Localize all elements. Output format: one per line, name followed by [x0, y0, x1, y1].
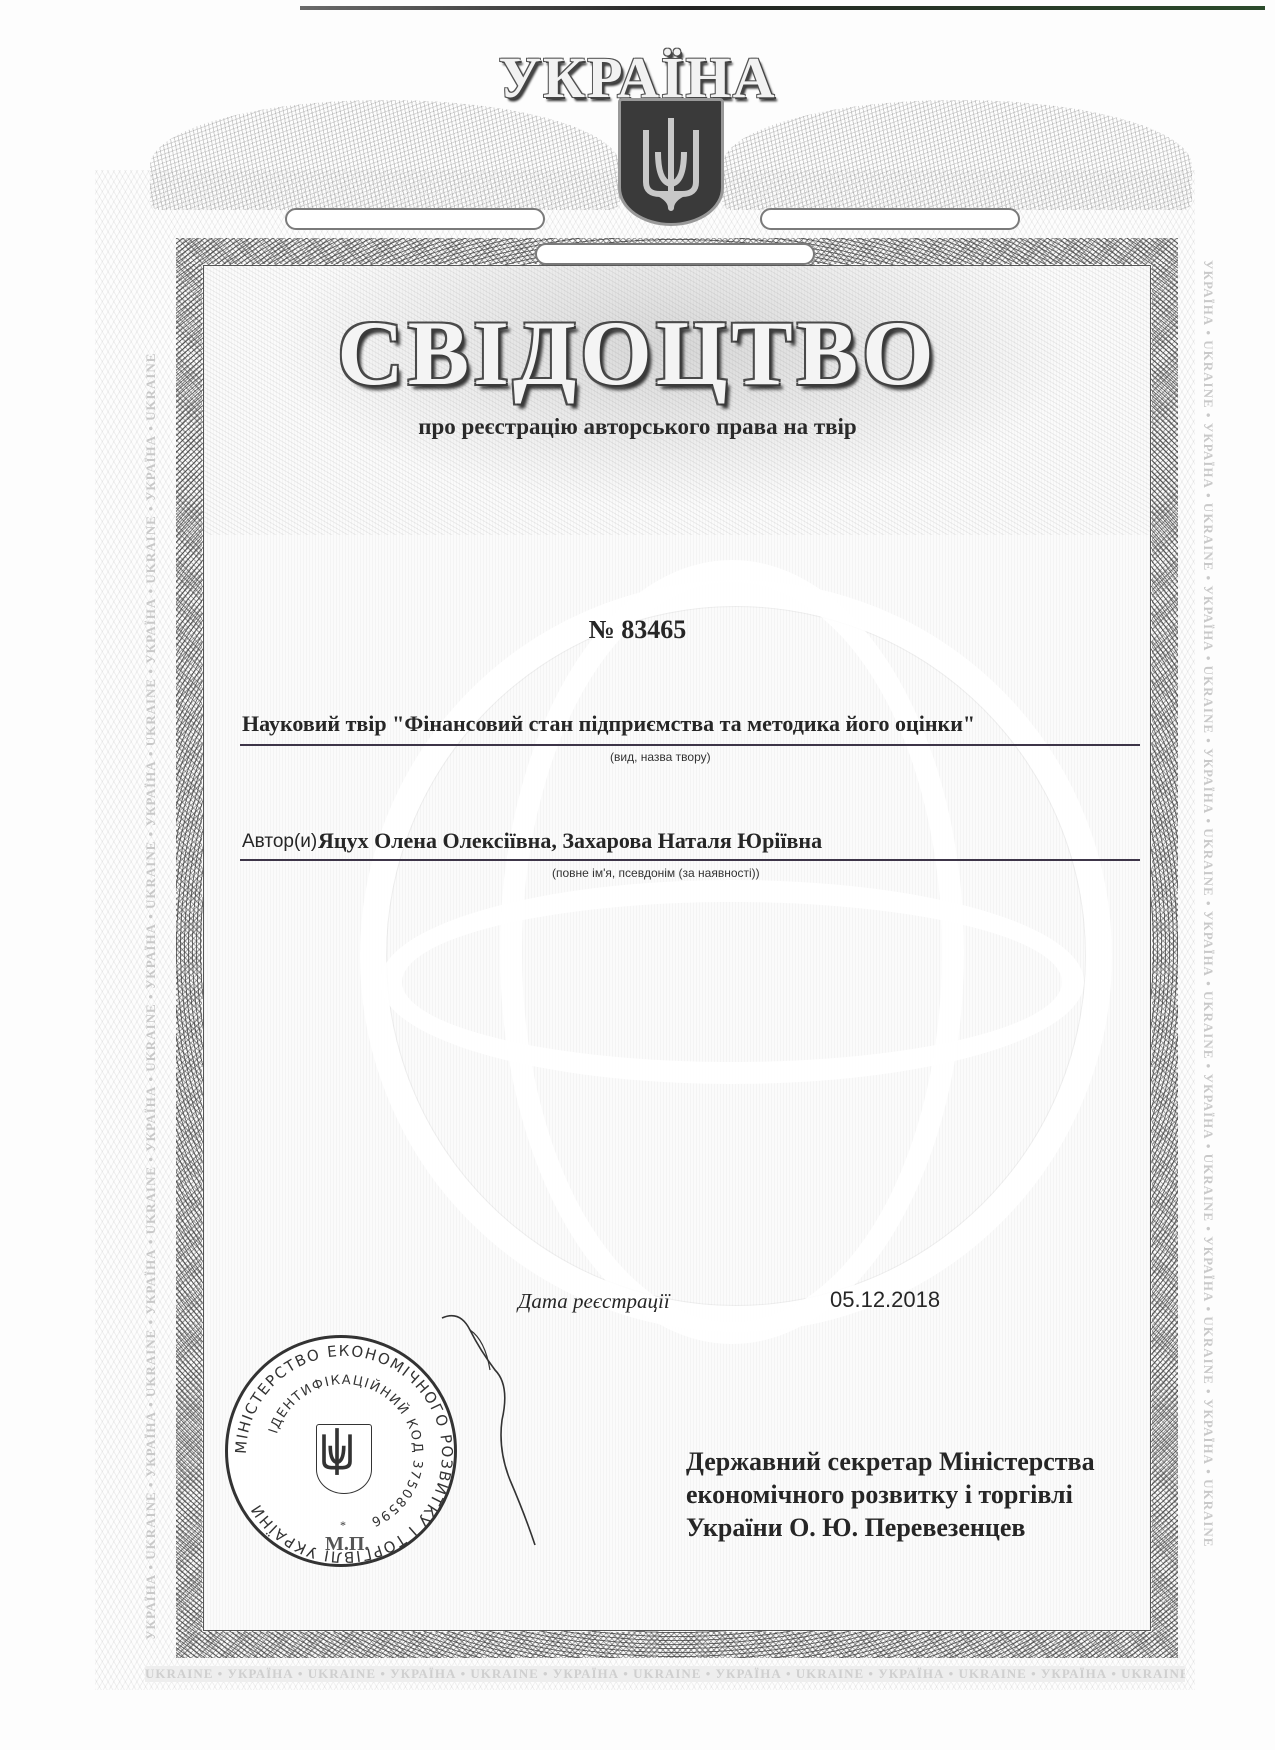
certificate-title: СВІДОЦТВО [0, 300, 1275, 406]
certificate-number: № 83465 [0, 615, 1275, 645]
certificate-subtitle: про реєстрацію авторського права на твір [0, 414, 1275, 440]
registration-date-value: 05.12.2018 [830, 1287, 940, 1313]
work-title-caption: (вид, назва твору) [610, 750, 711, 764]
official-seal: МІНІСТЕРСТВО ЕКОНОМІЧНОГО РОЗВИТКУ І ТОР… [225, 1335, 457, 1567]
authors-value: Яцух Олена Олексіївна, Захарова Наталя Ю… [318, 828, 822, 854]
work-title-underline [240, 744, 1140, 746]
border-text-right: УКРАЇНА • UKRAINE • УКРАЇНА • UKRAINE • … [1190, 260, 1216, 1640]
authors-caption: (повне ім'я, псевдонім (за наявності)) [552, 866, 760, 880]
signer-line-2: економічного розвитку і торгівлі [686, 1478, 1095, 1511]
signer-block: Державний секретар Міністерства економіч… [686, 1445, 1095, 1544]
trident-icon [636, 112, 706, 212]
seal-trident-icon [316, 1424, 372, 1494]
border-text-left: УКРАЇНА • UKRAINE • УКРАЇНА • UKRAINE • … [143, 260, 169, 1640]
authors-label: Автор(и) [242, 831, 317, 853]
coat-of-arms [618, 98, 724, 226]
seal-star: * [340, 1518, 346, 1533]
signer-line-1: Державний секретар Міністерства [686, 1445, 1095, 1478]
signer-line-3: України О. Ю. Перевезенцев [686, 1511, 1095, 1544]
ribbon-right [760, 208, 1020, 230]
ribbon-center [535, 243, 815, 265]
globe-parallel [380, 880, 1084, 1084]
seal-mark: М.П. [325, 1533, 369, 1556]
left-wing-ornament [150, 100, 620, 210]
work-title-value: Науковий твір "Фінансовий стан підприємс… [242, 711, 975, 737]
authors-underline [240, 859, 1140, 861]
scan-top-edge [300, 6, 1265, 10]
border-text-bottom: UKRAINE • УКРАЇНА • UKRAINE • УКРАЇНА • … [145, 1666, 1185, 1682]
right-wing-ornament [722, 100, 1192, 210]
ribbon-left [285, 208, 545, 230]
